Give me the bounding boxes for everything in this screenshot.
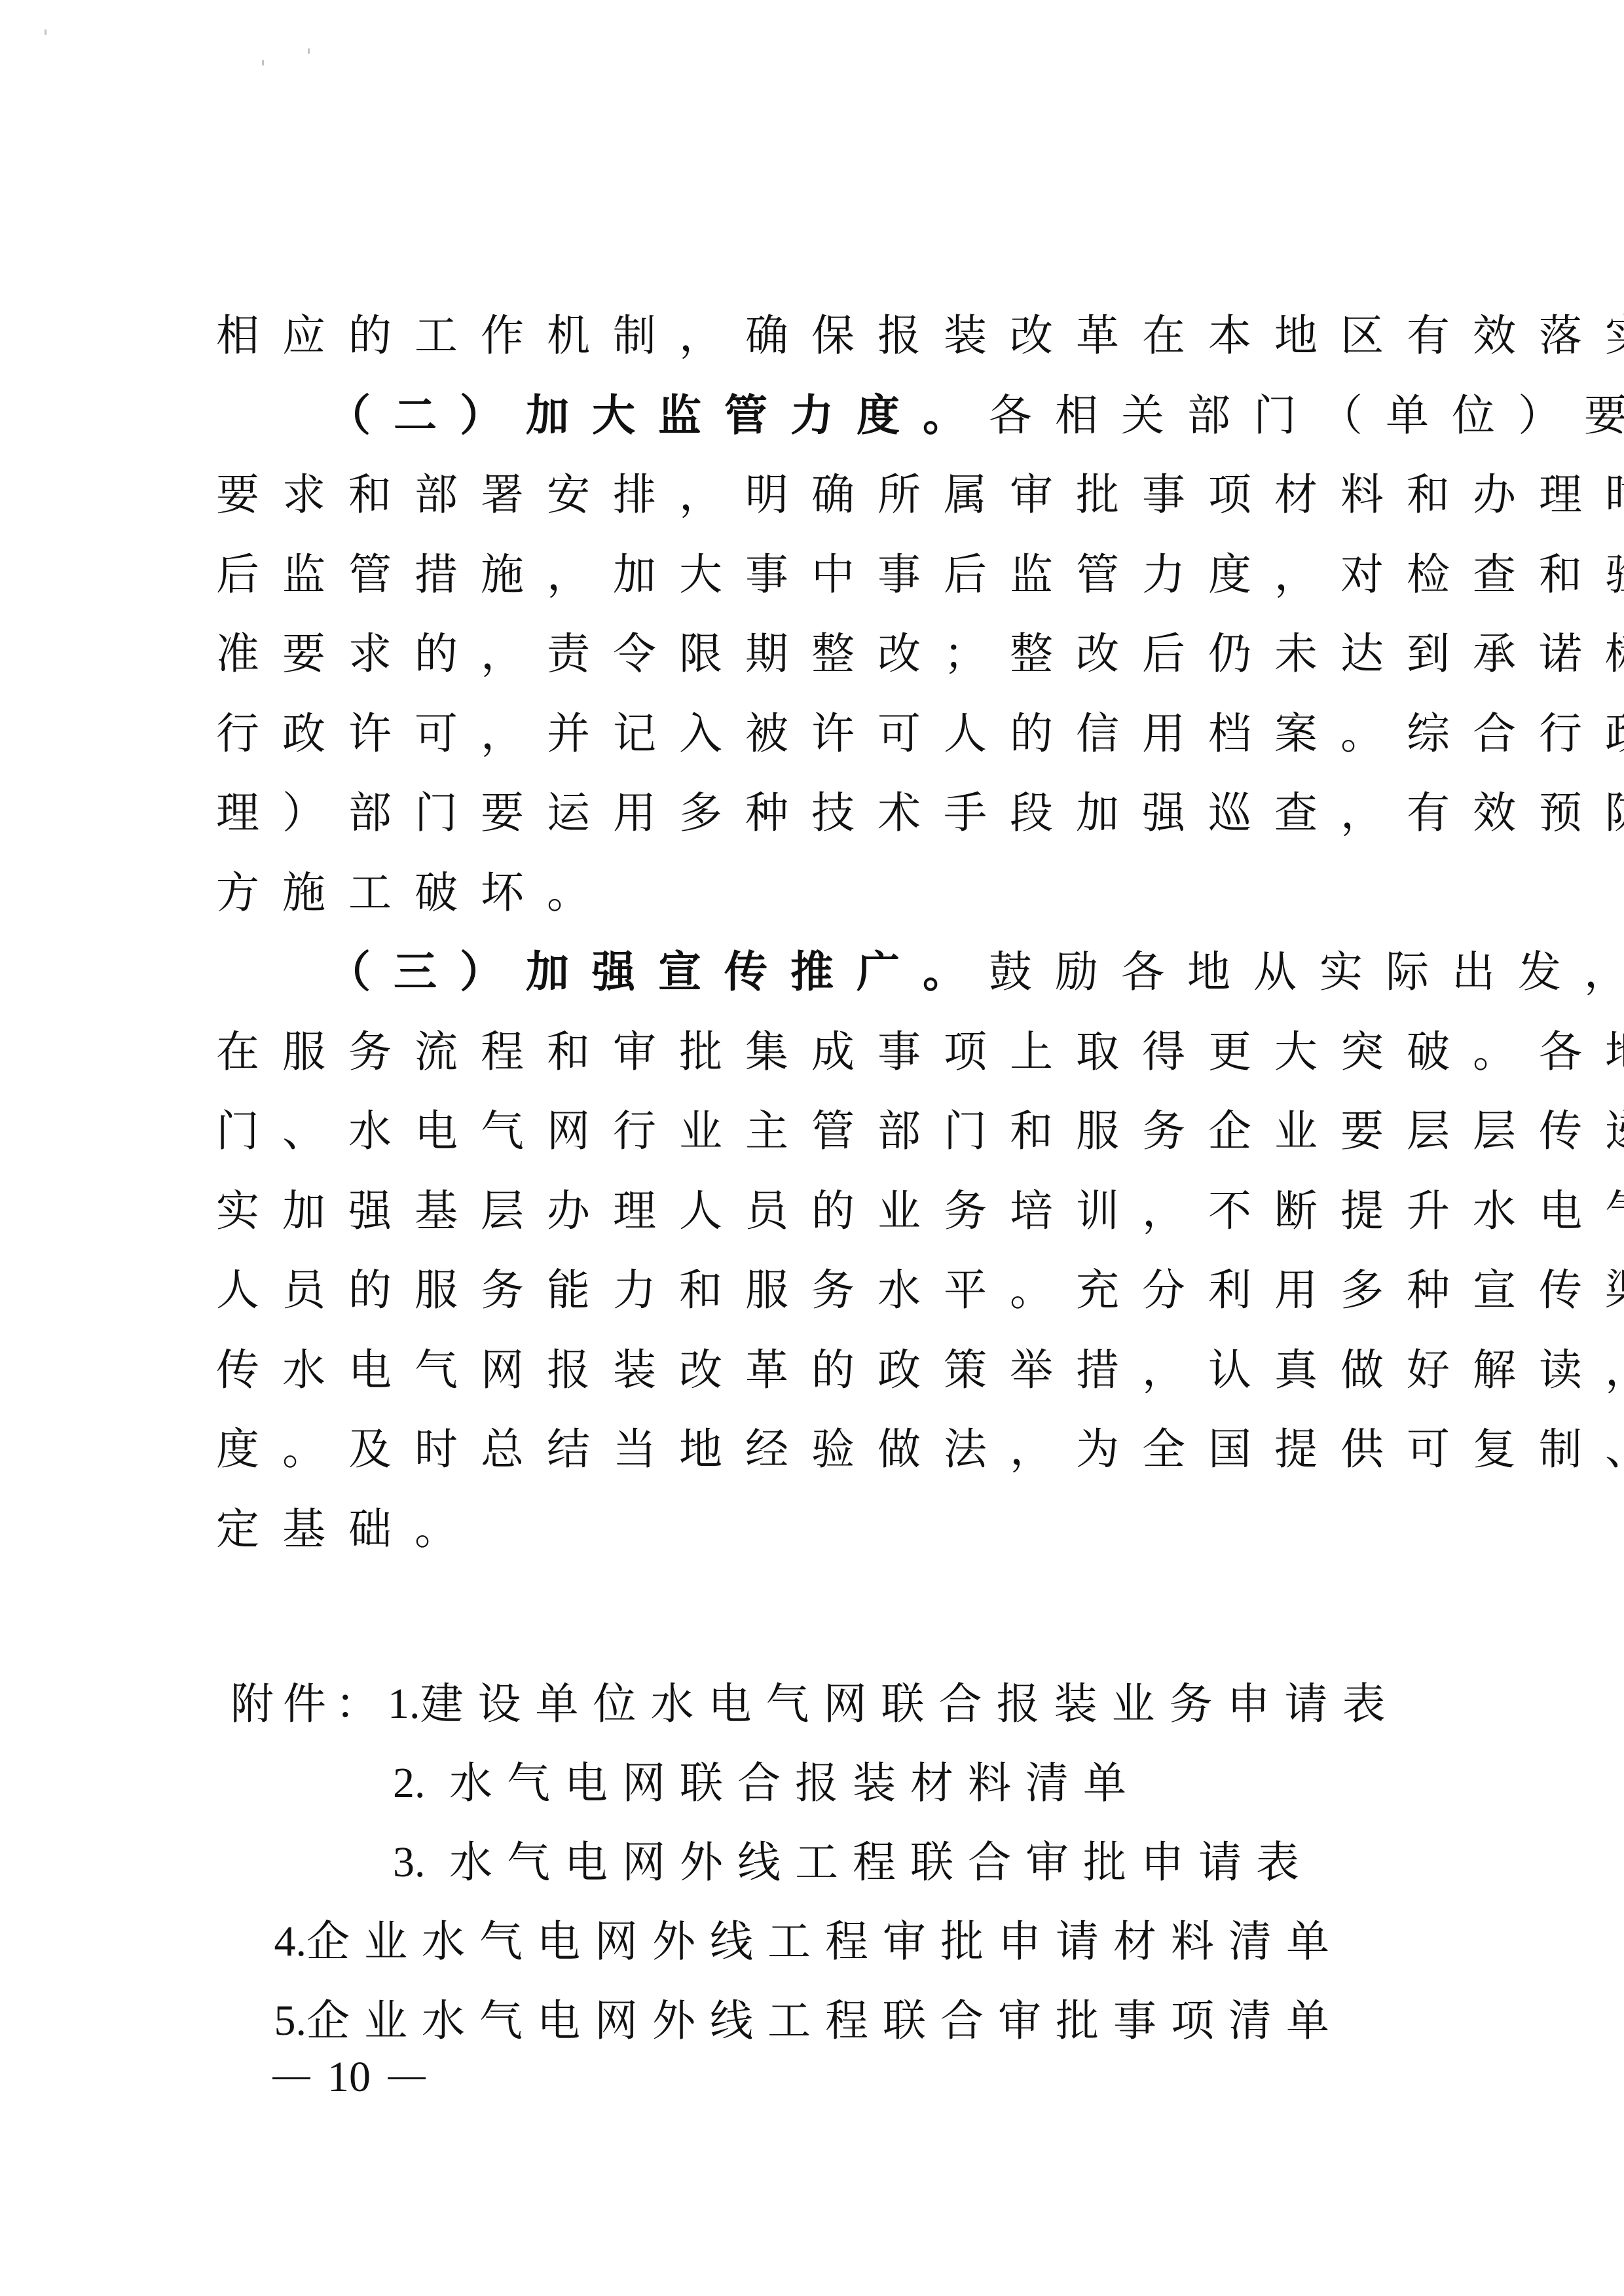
paragraph-first-line: （二）加大监管力度。各相关部门（单位）要按照方案的总体 <box>216 376 1414 456</box>
body-text: 相应的工作机制，确保报装改革在本地区有效落实。 （二）加大监管力度。各相关部门（… <box>216 296 1414 1569</box>
page-number-value: 10 <box>327 2053 371 2101</box>
attachment-title: 水气电网外线工程联合审批申请表 <box>449 1823 1314 1902</box>
paragraph-first-line: （三）加强宣传推广。鼓励各地从实际出发，大胆探索，力争 <box>216 932 1414 1012</box>
attachment-number: 2. <box>393 1743 449 1823</box>
paragraph-line: 行政许可，并记入被许可人的信用档案。综合行政执法（城市管 <box>216 694 1414 774</box>
section-heading-supervision: （二）加大监管力度。 <box>327 390 989 441</box>
paragraph-line: 实加强基层办理人员的业务培训，不断提升水电气网报装工作 <box>216 1171 1414 1251</box>
paragraph-line: 度。及时总结当地经验做法，为全国提供可复制、可推广案例奠 <box>216 1410 1414 1489</box>
paragraph-line: 理）部门要运用多种技术手段加强巡查，有效预防地下管网第三 <box>216 773 1414 853</box>
attachments-label-spacer <box>231 1902 274 1981</box>
attachment-item: 附件： 1. 建设单位水电气网联合报装业务申请表 <box>231 1664 1344 1743</box>
section-heading-publicity: （三）加强宣传推广。 <box>327 946 989 997</box>
attachment-title: 建设单位水电气网联合报装业务申请表 <box>420 1664 1400 1743</box>
paragraph-line: 方施工破坏。 <box>216 853 1414 933</box>
paragraph-text: 各相关部门（单位）要按照方案的总体 <box>989 390 1624 441</box>
attachment-item: 4. 企业水气电网外线工程审批申请材料清单 <box>231 1902 1344 1981</box>
attachments-list: 附件： 1. 建设单位水电气网联合报装业务申请表 2. 水气电网联合报装材料清单… <box>231 1664 1344 2060</box>
attachment-item: 3. 水气电网外线工程联合审批申请表 <box>231 1823 1344 1902</box>
scan-artifact-mark <box>262 60 264 65</box>
paragraph-text: 鼓励各地从实际出发，大胆探索，力争 <box>989 947 1624 997</box>
attachment-number: 4. <box>274 1902 307 1981</box>
paragraph-line: 定基础。 <box>216 1489 1414 1569</box>
page-number-dash-left <box>272 2077 310 2079</box>
paragraph-line: 准要求的，责令限期整改；整改后仍未达到承诺标准要求的，撤销 <box>216 614 1414 694</box>
paragraph-line: 相应的工作机制，确保报装改革在本地区有效落实。 <box>216 296 1414 376</box>
paragraph-line: 人员的服务能力和服务水平。充分利用多种宣传渠道，广泛宣 <box>216 1250 1414 1330</box>
attachment-title: 企业水气电网外线工程审批申请材料清单 <box>306 1902 1344 1981</box>
attachment-number: 3. <box>393 1823 449 1902</box>
attachment-title: 企业水气电网外线工程联合审批事项清单 <box>306 1981 1344 2060</box>
attachments-label-spacer <box>231 1823 393 1902</box>
document-page: 相应的工作机制，确保报装改革在本地区有效落实。 （二）加大监管力度。各相关部门（… <box>0 0 1624 2296</box>
page-number: 10 <box>255 2048 443 2107</box>
paragraph-line: 后监管措施，加大事中事后监管力度，对检查和验收未达到承诺标 <box>216 535 1414 615</box>
paragraph-line: 传水电气网报装改革的政策举措，认真做好解读，提高公众知晓 <box>216 1330 1414 1410</box>
attachment-number: 1. <box>388 1664 420 1743</box>
attachments-label-spacer <box>231 1743 393 1823</box>
paragraph-line: 门、水电气网行业主管部门和服务企业要层层传递改革目标，切 <box>216 1091 1414 1171</box>
scan-artifact-mark <box>308 48 310 54</box>
attachment-title: 水气电网联合报装材料清单 <box>449 1743 1141 1823</box>
paragraph-line: 在服务流程和审批集成事项上取得更大突破。各地政务服务部 <box>216 1012 1414 1092</box>
attachment-item: 2. 水气电网联合报装材料清单 <box>231 1743 1344 1823</box>
page-number-dash-right <box>388 2077 426 2079</box>
paragraph-line: 要求和部署安排，明确所属审批事项材料和办理时限，细化事中事 <box>216 455 1414 535</box>
scan-artifact-mark <box>45 29 46 35</box>
attachments-label: 附件： <box>231 1664 388 1743</box>
